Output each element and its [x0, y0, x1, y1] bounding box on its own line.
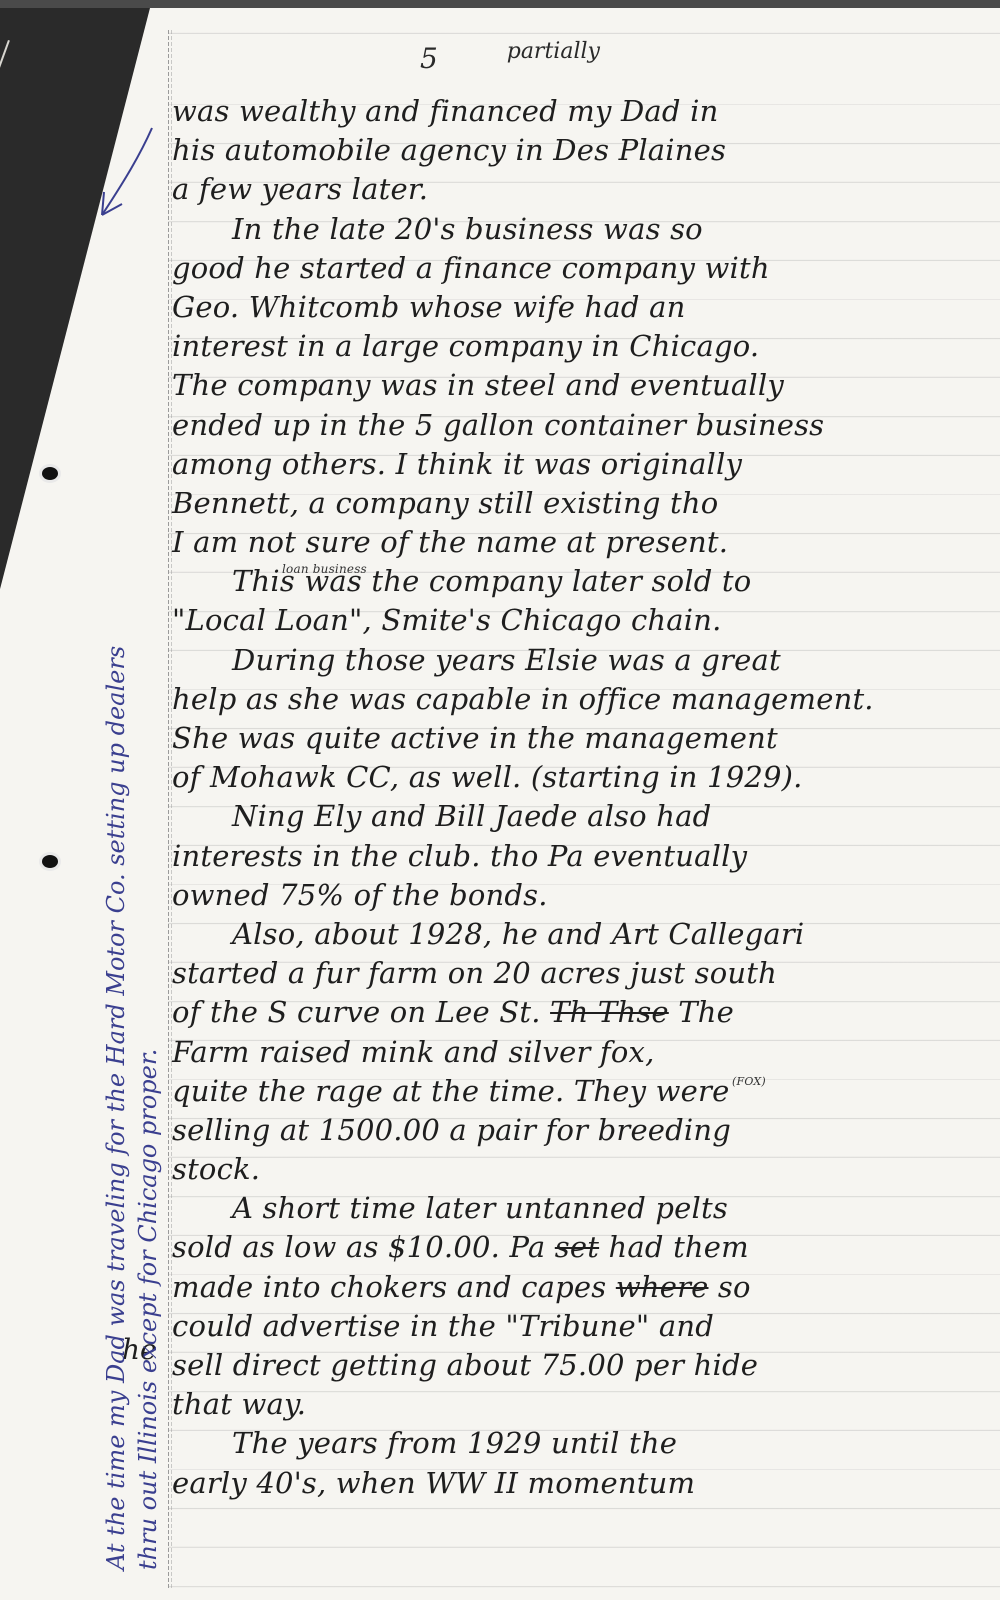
text-line: During those years Elsie was a great [172, 641, 992, 680]
line-text-after: The [669, 995, 734, 1029]
line-text: In the late 20's business was so [232, 212, 703, 246]
line-text: sell direct getting about 75.00 per hide [172, 1348, 758, 1382]
line-text: made into chokers and capes [172, 1270, 606, 1304]
text-line: a few years later. [172, 170, 992, 209]
line-text: of the S curve on Lee St. [172, 995, 541, 1029]
struck-text: Th Thse [550, 995, 669, 1029]
text-line: Bennett, a company still existing tho [172, 484, 992, 523]
text-line: Geo. Whitcomb whose wife had an [172, 288, 992, 327]
text-line: Also, about 1928, he and Art Callegari [172, 915, 992, 954]
line-text: interest in a large company in Chicago. [172, 329, 759, 363]
line-text: early 40's, when WW II momentum [172, 1466, 695, 1500]
line-text: The company was in steel and eventually [172, 368, 784, 402]
scanner-top-edge [0, 0, 1000, 8]
text-line: good he started a finance company with [172, 249, 992, 288]
line-text: She was quite active in the management [172, 721, 778, 755]
header-note: partially [507, 39, 600, 64]
text-line: sold as low as $10.00. Pa set had them [172, 1228, 992, 1267]
text-line: that way. [172, 1385, 992, 1424]
line-text: owned 75% of the bonds. [172, 878, 548, 912]
line-text: his automobile agency in Des Plaines [172, 133, 726, 167]
line-text: Bennett, a company still existing tho [172, 486, 718, 520]
line-text: started a fur farm on 20 acres just sout… [172, 956, 777, 990]
line-text: "Local Loan", Smite's Chicago chain. [172, 603, 722, 637]
line-text: During those years Elsie was a great [232, 643, 781, 677]
text-line: She was quite active in the management [172, 719, 992, 758]
line-text: Also, about 1928, he and Art Callegari [232, 917, 804, 951]
text-line: This was the company later sold toloan b… [172, 562, 992, 601]
text-line: Farm raised mink and silver fox, [172, 1033, 992, 1072]
text-line: The years from 1929 until the [172, 1424, 992, 1463]
line-text: was wealthy and financed my Dad in [172, 94, 718, 128]
line-text-after: had them [599, 1230, 749, 1264]
line-text: I am not sure of the name at present. [172, 525, 728, 559]
line-text-after: so [709, 1270, 751, 1304]
text-line: sell direct getting about 75.00 per hide [172, 1346, 992, 1385]
line-text: sold as low as $10.00. Pa [172, 1230, 545, 1264]
text-line: "Local Loan", Smite's Chicago chain. [172, 601, 992, 640]
text-line: early 40's, when WW II momentum [172, 1464, 992, 1503]
line-text: of Mohawk CC, as well. (starting in 1929… [172, 760, 803, 794]
margin-rule [168, 30, 169, 1590]
line-text: stock. [172, 1152, 260, 1186]
text-line: made into chokers and capes where so [172, 1268, 992, 1307]
interlinear-insertion: (FOX) [732, 1062, 766, 1101]
line-text: that way. [172, 1387, 306, 1421]
page-number: 5 [420, 42, 438, 75]
struck-text: set [555, 1230, 599, 1264]
arrow-icon [90, 120, 160, 230]
text-line: help as she was capable in office manage… [172, 680, 992, 719]
punch-hole [42, 855, 58, 868]
line-text: help as she was capable in office manage… [172, 682, 874, 716]
margin-annotation-line-1: At the time my Dad was traveling for the… [100, 646, 132, 1570]
blue-margin-annotation: At the time my Dad was traveling for the… [100, 646, 164, 1570]
struck-text: where [616, 1270, 709, 1304]
punch-hole [42, 467, 58, 480]
text-line: interests in the club. tho Pa eventually [172, 837, 992, 876]
text-line: of Mohawk CC, as well. (starting in 1929… [172, 758, 992, 797]
text-line: could advertise in the "Tribune" and [172, 1307, 992, 1346]
line-text: Farm raised mink and silver fox, [172, 1035, 655, 1069]
text-line: owned 75% of the bonds. [172, 876, 992, 915]
line-text: selling at 1500.00 a pair for breeding [172, 1113, 731, 1147]
text-line: A short time later untanned pelts [172, 1189, 992, 1228]
line-text: among others. I think it was originally [172, 447, 742, 481]
line-text: Ning Ely and Bill Jaede also had [232, 799, 711, 833]
folded-corner-crease [0, 40, 10, 623]
text-line: his automobile agency in Des Plaines [172, 131, 992, 170]
text-line: In the late 20's business was so [172, 210, 992, 249]
text-line: started a fur farm on 20 acres just sout… [172, 954, 992, 993]
text-line: quite the rage at the time. They were(FO… [172, 1072, 992, 1111]
line-text: ended up in the 5 gallon container busin… [172, 408, 824, 442]
line-text: The years from 1929 until the [232, 1426, 677, 1460]
margin-annotation-line-2: thru out Illinois except for Chicago pro… [132, 646, 164, 1570]
line-text: Geo. Whitcomb whose wife had an [172, 290, 685, 324]
text-line: of the S curve on Lee St. Th Thse The [172, 993, 992, 1032]
text-line: selling at 1500.00 a pair for breeding [172, 1111, 992, 1150]
text-line: among others. I think it was originally [172, 445, 992, 484]
page-header: 5 partially [420, 42, 600, 75]
line-text: a few years later. [172, 172, 428, 206]
line-text: A short time later untanned pelts [232, 1191, 728, 1225]
handwritten-body: was wealthy and financed my Dad inhis au… [172, 92, 992, 1503]
text-line: interest in a large company in Chicago. [172, 327, 992, 366]
line-text: quite the rage at the time. They were [172, 1074, 729, 1108]
text-line: ended up in the 5 gallon container busin… [172, 406, 992, 445]
text-line: The company was in steel and eventually [172, 366, 992, 405]
text-line: Ning Ely and Bill Jaede also had [172, 797, 992, 836]
text-line: stock. [172, 1150, 992, 1189]
line-text: good he started a finance company with [172, 251, 770, 285]
line-text: could advertise in the "Tribune" and [172, 1309, 714, 1343]
interlinear-insertion: loan business [282, 550, 367, 589]
line-text: interests in the club. tho Pa eventually [172, 839, 747, 873]
text-line: was wealthy and financed my Dad in [172, 92, 992, 131]
